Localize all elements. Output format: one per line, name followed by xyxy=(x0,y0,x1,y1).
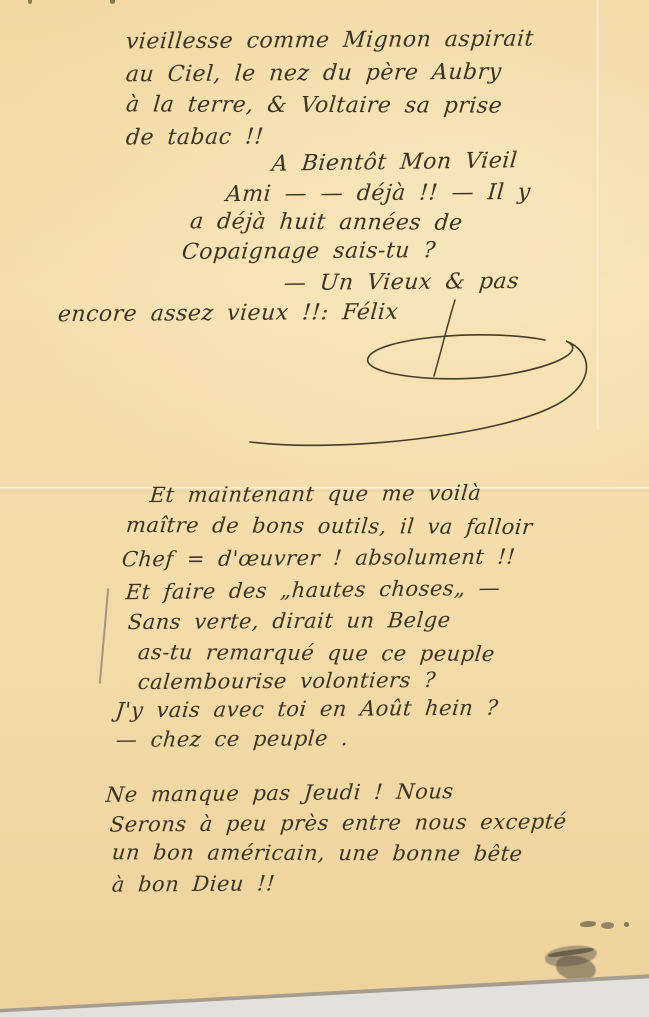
letter-line: — chez ce peuple . xyxy=(115,726,349,752)
letter-line: calembourise volontiers ? xyxy=(137,668,437,694)
letter-signature-line: encore assez vieux !!: Félix xyxy=(57,300,400,327)
letter-line: a déjà huit années de xyxy=(189,209,464,235)
letter-line: vieillesse comme Mignon aspirait xyxy=(125,27,535,55)
letter-line: de tabac !! xyxy=(125,125,265,151)
ink-smudge xyxy=(601,922,614,930)
letter-line: J'y vais avec toi en Août hein ? xyxy=(115,696,500,723)
letter-line: un bon américain, une bonne bête xyxy=(111,840,524,865)
ink-smudge xyxy=(560,984,566,988)
pencil-margin-mark xyxy=(99,588,109,684)
letter-paper: vieillesse comme Mignon aspirait au Ciel… xyxy=(0,0,649,1017)
letter-line: au Ciel, le nez du père Aubry xyxy=(125,60,503,88)
letter-line: Serons à peu près entre nous excepté xyxy=(109,809,568,836)
letter-line: Copaignage sais-tu ? xyxy=(181,238,437,265)
letter-line: as-tu remarqué que ce peuple xyxy=(137,640,496,666)
vertical-crease-line xyxy=(596,0,600,430)
letter-line: Sans verte, dirait un Belge xyxy=(127,608,452,634)
letter-line: à bon Dieu !! xyxy=(111,871,276,896)
letter-line: Ami — — déjà !! — Il y xyxy=(225,180,532,207)
ink-smudge xyxy=(624,922,629,927)
paper-speck xyxy=(110,0,115,4)
ink-smudge xyxy=(580,920,597,928)
letter-line: maître de bons outils, il va falloir xyxy=(125,513,534,539)
letter-line: Et faire des „hautes choses„ — xyxy=(125,576,501,605)
letter-line: Et maintenant que me voilà xyxy=(149,481,482,507)
letter-line: Ne manque pas Jeudi ! Nous xyxy=(105,779,455,807)
letter-line: Chef = d'œuvrer ! absolument !! xyxy=(121,545,517,572)
letter-line: — Un Vieux & pas xyxy=(283,269,521,296)
letter-line: A Bientôt Mon Vieil xyxy=(271,148,519,176)
paper-speck xyxy=(28,0,32,4)
letter-line: à la terre, & Voltaire sa prise xyxy=(125,92,503,118)
